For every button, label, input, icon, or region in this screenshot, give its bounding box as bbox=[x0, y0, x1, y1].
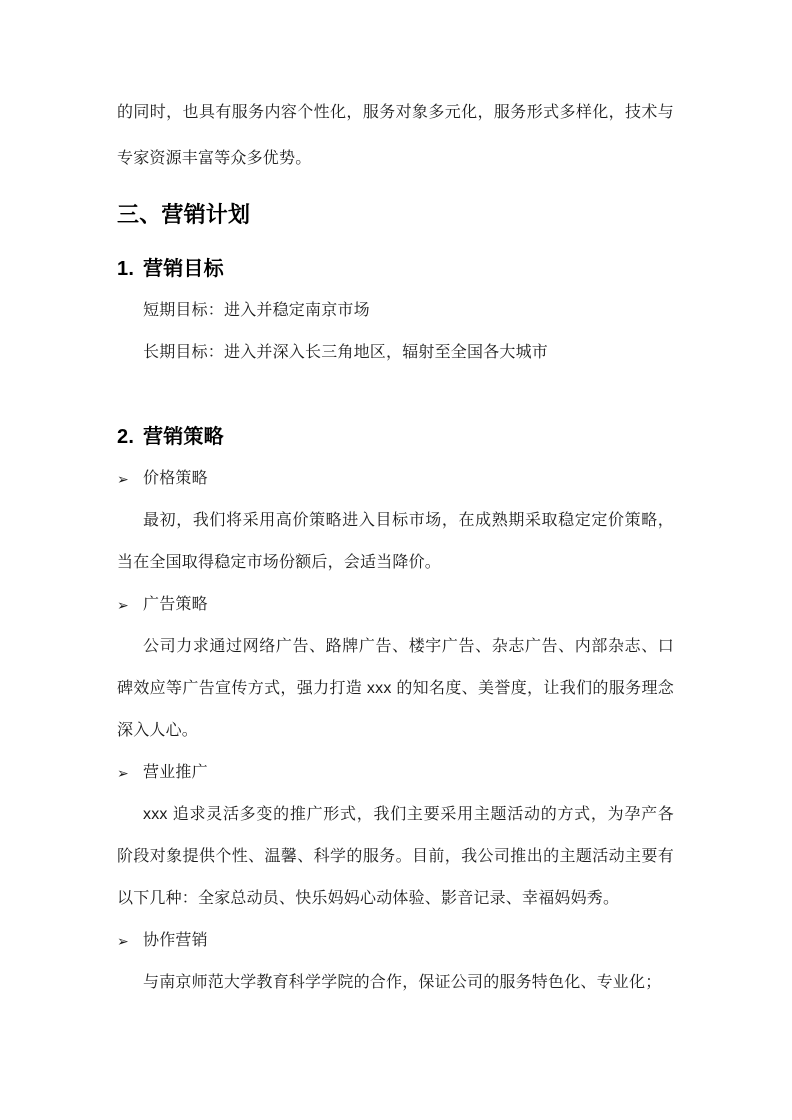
paragraph-line: 以下几种：全家总动员、快乐妈妈心动体验、影音记录、幸福妈妈秀。 bbox=[117, 878, 674, 920]
bullet-item-price-strategy: ➢价格策略 bbox=[117, 458, 674, 500]
document-content: 的同时，也具有服务内容个性化，服务对象多元化，服务形式多样化，技术与 专家资源丰… bbox=[117, 0, 674, 1004]
intro-paragraph-line-1: 的同时，也具有服务内容个性化，服务对象多元化，服务形式多样化，技术与 bbox=[117, 92, 674, 134]
paragraph-line: 阶段对象提供个性、温馨、科学的服务。目前，我公司推出的主题活动主要有 bbox=[117, 836, 674, 878]
arrow-bullet-icon: ➢ bbox=[117, 752, 143, 794]
short-term-goal-line: 短期目标：进入并稳定南京市场 bbox=[117, 290, 674, 332]
paragraph-line: 最初，我们将采用高价策略进入目标市场，在成熟期采取稳定定价策略， bbox=[117, 500, 674, 542]
paragraph-line: 公司力求通过网络广告、路牌广告、楼宇广告、杂志广告、内部杂志、口 bbox=[117, 626, 674, 668]
section-strategy-number: 2. bbox=[117, 416, 143, 458]
bullet-label: 广告策略 bbox=[143, 584, 208, 626]
paragraph-line: 当在全国取得稳定市场份额后，会适当降价。 bbox=[117, 542, 674, 584]
long-term-goal-line: 长期目标：进入并深入长三角地区，辐射至全国各大城市 bbox=[117, 332, 674, 374]
paragraph-line: 深入人心。 bbox=[117, 710, 674, 752]
arrow-bullet-icon: ➢ bbox=[117, 458, 143, 500]
bullet-item-advertising-strategy: ➢广告策略 bbox=[117, 584, 674, 626]
section-goals-title: 营销目标 bbox=[143, 258, 224, 280]
section-goals-heading: 1.营销目标 bbox=[117, 248, 674, 290]
intro-paragraph-line-2: 专家资源丰富等众多优势。 bbox=[117, 138, 674, 180]
section-strategy-title: 营销策略 bbox=[143, 426, 224, 448]
bullet-item-sales-promotion: ➢营业推广 bbox=[117, 752, 674, 794]
document-page: 的同时，也具有服务内容个性化，服务对象多元化，服务形式多样化，技术与 专家资源丰… bbox=[0, 0, 792, 1120]
paragraph-line: 碑效应等广告宣传方式，强力打造 xxx 的知名度、美誉度，让我们的服务理念 bbox=[117, 668, 674, 710]
paragraph-line: xxx 追求灵活多变的推广形式，我们主要采用主题活动的方式，为孕产各 bbox=[117, 794, 674, 836]
bullet-label: 营业推广 bbox=[143, 752, 208, 794]
section-strategy-heading: 2.营销策略 bbox=[117, 416, 674, 458]
chapter-heading: 三、营销计划 bbox=[117, 194, 674, 236]
paragraph-line: 与南京师范大学教育科学学院的合作，保证公司的服务特色化、专业化； bbox=[117, 962, 674, 1004]
section-goals-number: 1. bbox=[117, 248, 143, 290]
bullet-item-cooperative-marketing: ➢协作营销 bbox=[117, 920, 674, 962]
bullet-label: 协作营销 bbox=[143, 920, 208, 962]
arrow-bullet-icon: ➢ bbox=[117, 920, 143, 962]
arrow-bullet-icon: ➢ bbox=[117, 584, 143, 626]
bullet-label: 价格策略 bbox=[143, 458, 208, 500]
